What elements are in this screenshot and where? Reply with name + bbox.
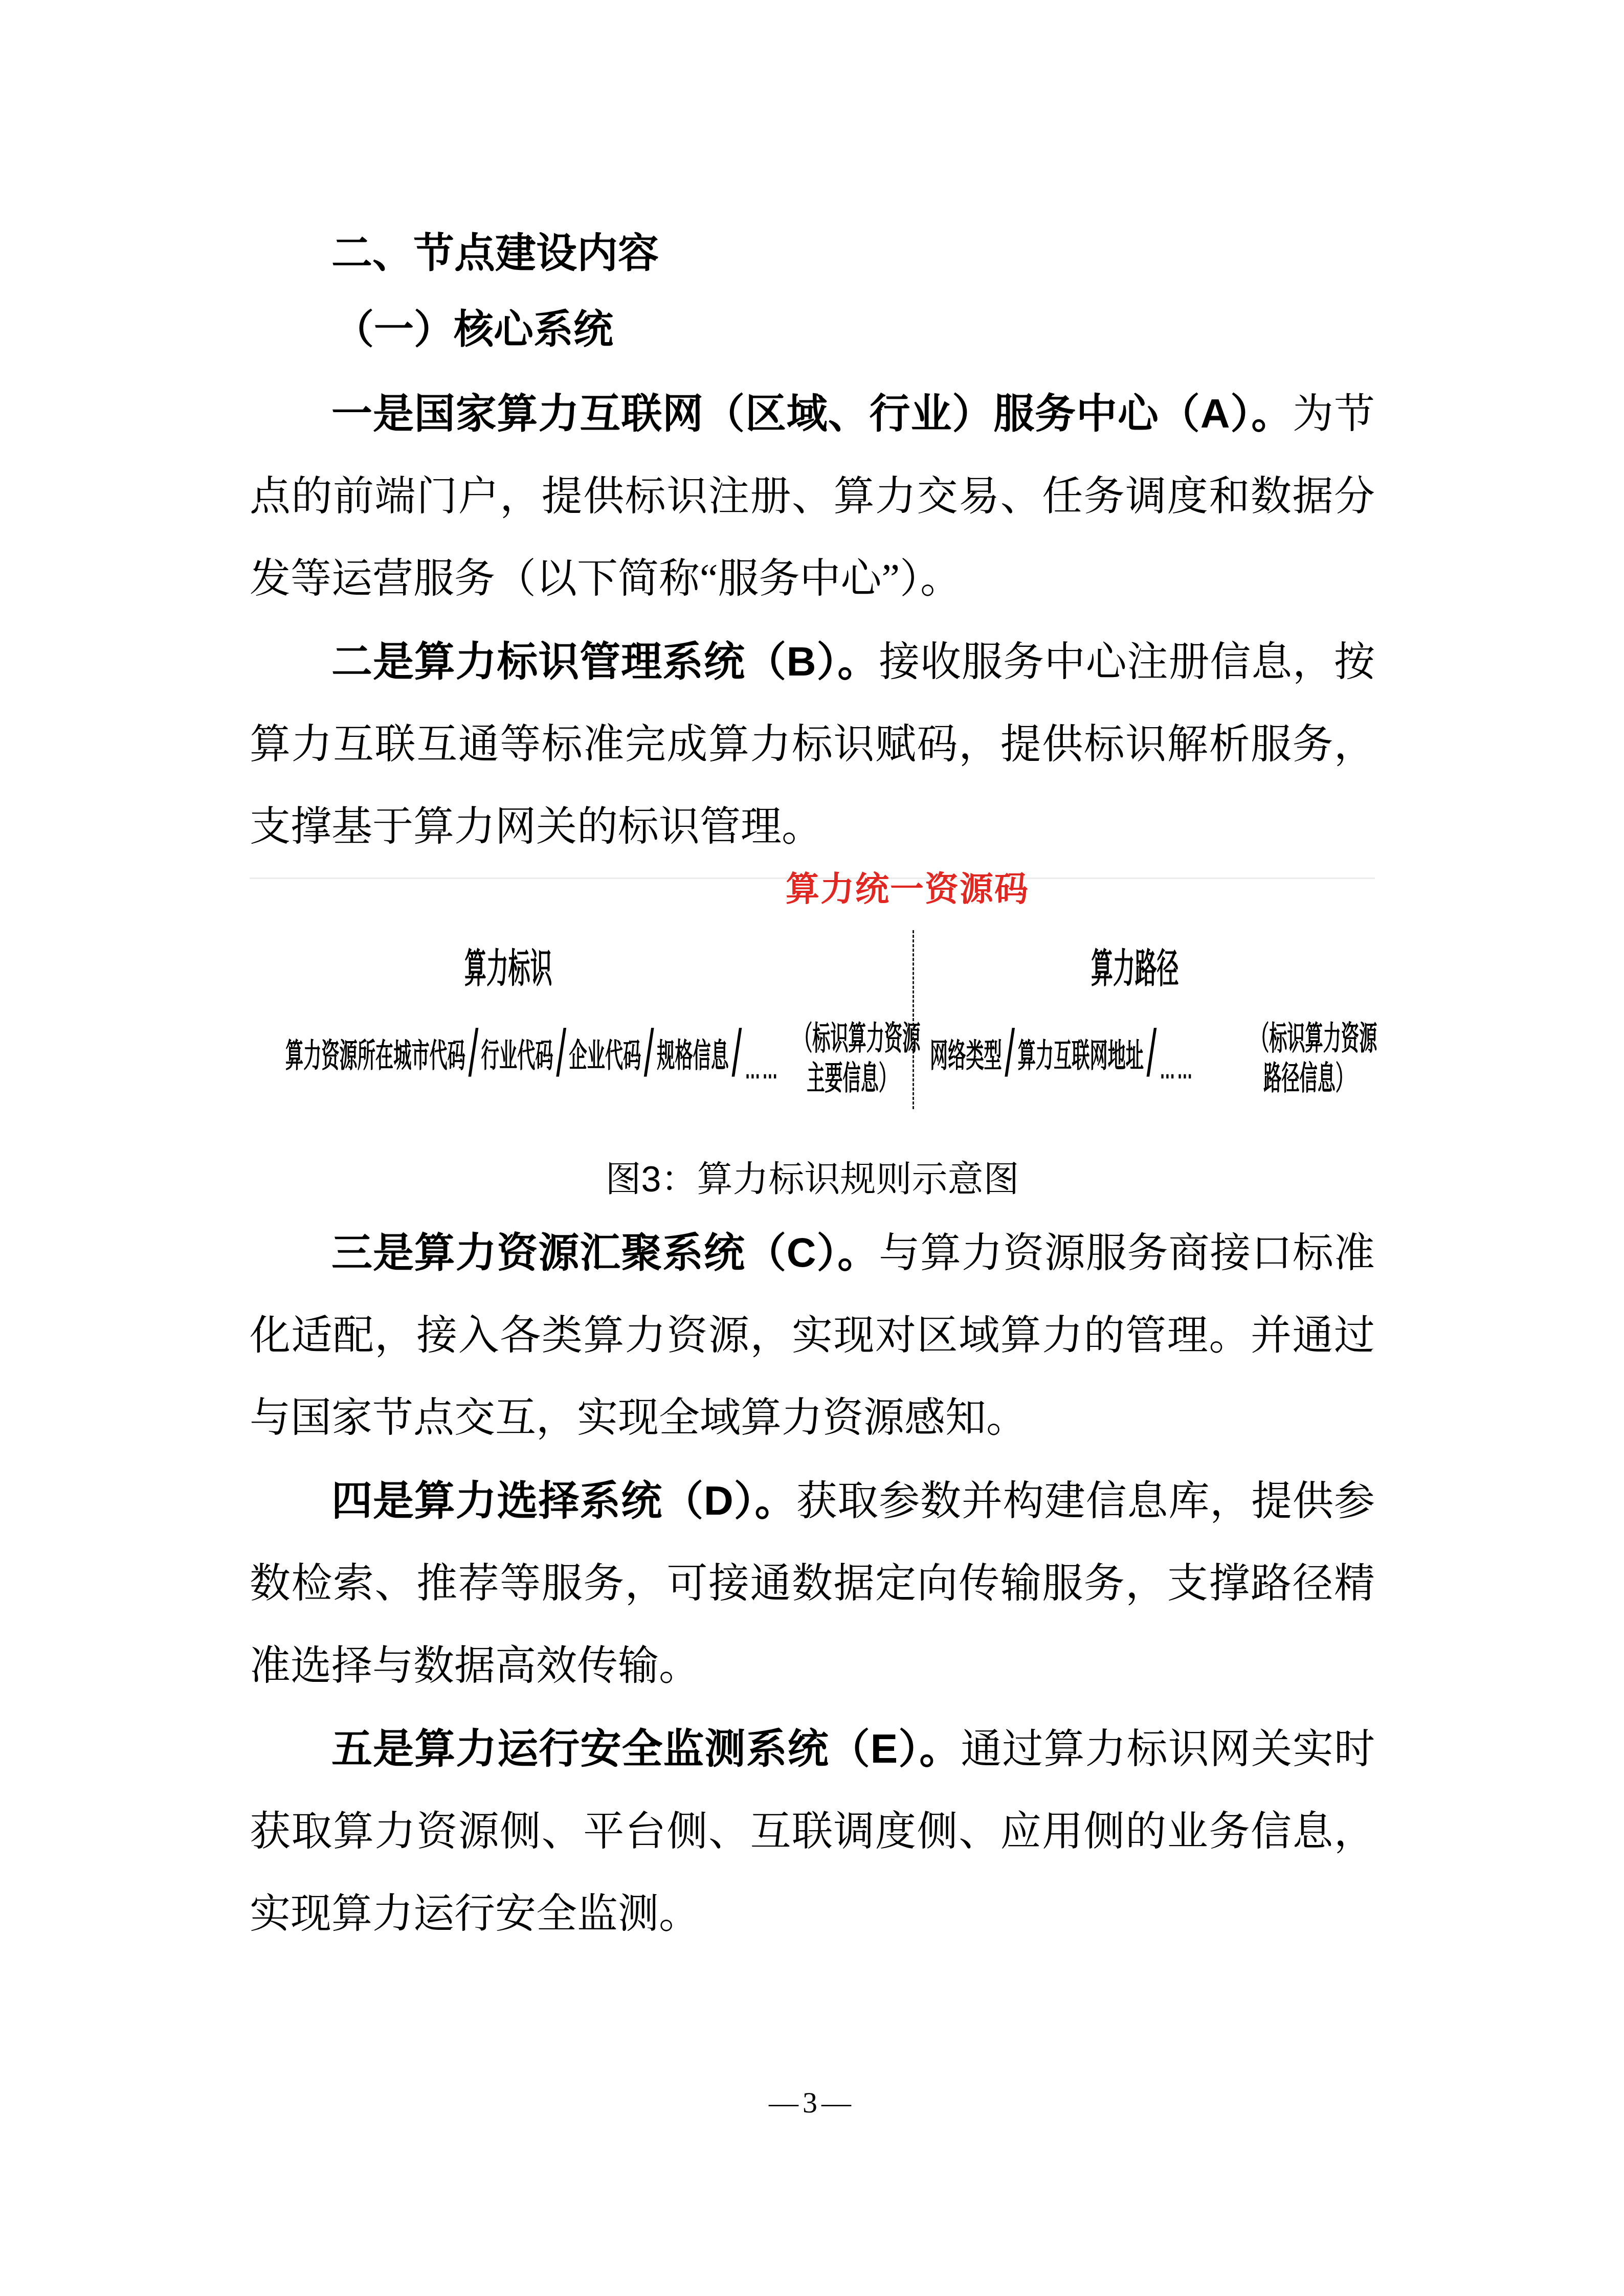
- paragraph-security-monitoring-lead: 五是算力运行安全监测系统（E）。: [331, 1726, 961, 1771]
- figure-left-annotation-line1: （标识算力资源: [794, 1020, 920, 1056]
- paragraph-selection-system-lead: 四是算力选择系统（D）。: [331, 1478, 796, 1523]
- subsection-heading: （一）核心系统: [250, 302, 1375, 358]
- document-page: { "headings": { "h1": "二、节点建设内容", "h2": …: [0, 0, 1624, 2296]
- paragraph-id-management: 二是算力标识管理系统（B）。接收服务中心注册信息，按算力互联互通等标准完成算力标…: [250, 620, 1375, 868]
- figure-left-annotation: （标识算力资源 主要信息）: [794, 1018, 920, 1098]
- figure-left-annotation-line2: 主要信息）: [794, 1058, 920, 1098]
- segment-spec-info: 规格信息: [657, 1029, 729, 1076]
- segment-internet-address: 算力互联网地址: [1018, 1029, 1144, 1076]
- slash-divider: /: [1005, 1020, 1015, 1086]
- figure-left-items: 算力资源所在城市代码 / 行业代码 / 企业代码 / 规格信息 / ……: [285, 1020, 780, 1086]
- slash-divider: /: [1147, 1020, 1157, 1086]
- segment-industry-code: 行业代码: [481, 1029, 553, 1076]
- figure-right-items: 网络类型 / 算力互联网地址 / ……: [930, 1020, 1194, 1086]
- ellipsis: ……: [745, 1052, 780, 1085]
- ellipsis: ……: [1160, 1052, 1194, 1085]
- paragraph-selection-system: 四是算力选择系统（D）。获取参数并构建信息库，提供参数检索、推荐等服务，可接通数…: [250, 1459, 1375, 1707]
- figure-left-header: 算力标识: [464, 948, 552, 989]
- page-content: 二、节点建设内容 （一）核心系统 一是国家算力互联网（区域、行业）服务中心（A）…: [0, 0, 1624, 1955]
- slash-divider: /: [556, 1020, 566, 1086]
- paragraph-resource-aggregation: 三是算力资源汇聚系统（C）。与算力资源服务商接口标准化适配，接入各类算力资源，实…: [250, 1211, 1375, 1459]
- figure-computing-id-rule-diagram: 算力统一资源码 算力标识 算力路径 算力资源所在城市代码 / 行业代码 / 企业…: [250, 868, 1375, 1153]
- segment-city-code: 算力资源所在城市代码: [285, 1029, 465, 1076]
- paragraph-security-monitoring: 五是算力运行安全监测系统（E）。通过算力标识网关实时获取算力资源侧、平台侧、互联…: [250, 1707, 1375, 1955]
- figure-title: 算力统一资源码: [786, 868, 1029, 909]
- figure-right-header: 算力路径: [1091, 948, 1179, 989]
- slash-divider: /: [732, 1020, 742, 1086]
- segment-enterprise-code: 企业代码: [569, 1029, 641, 1076]
- section-heading: 二、节点建设内容: [250, 225, 1375, 281]
- slash-divider: /: [469, 1020, 479, 1086]
- paragraph-id-management-lead: 二是算力标识管理系统（B）。: [331, 639, 879, 684]
- slash-divider: /: [644, 1020, 654, 1086]
- figure-right-annotation-line1: （标识算力资源: [1251, 1020, 1377, 1056]
- figure-right-annotation: （标识算力资源 路径信息）: [1251, 1018, 1377, 1098]
- paragraph-service-center-lead: 一是国家算力互联网（区域、行业）服务中心（A）。: [331, 391, 1293, 436]
- paragraph-resource-aggregation-lead: 三是算力资源汇聚系统（C）。: [331, 1230, 879, 1275]
- segment-network-type: 网络类型: [930, 1029, 1002, 1076]
- page-number: —3—: [0, 2085, 1624, 2120]
- figure-right-annotation-line2: 路径信息）: [1251, 1058, 1377, 1098]
- figure-caption: 图3：算力标识规则示意图: [250, 1153, 1375, 1206]
- paragraph-service-center: 一是国家算力互联网（区域、行业）服务中心（A）。为节点的前端门户，提供标识注册、…: [250, 372, 1375, 620]
